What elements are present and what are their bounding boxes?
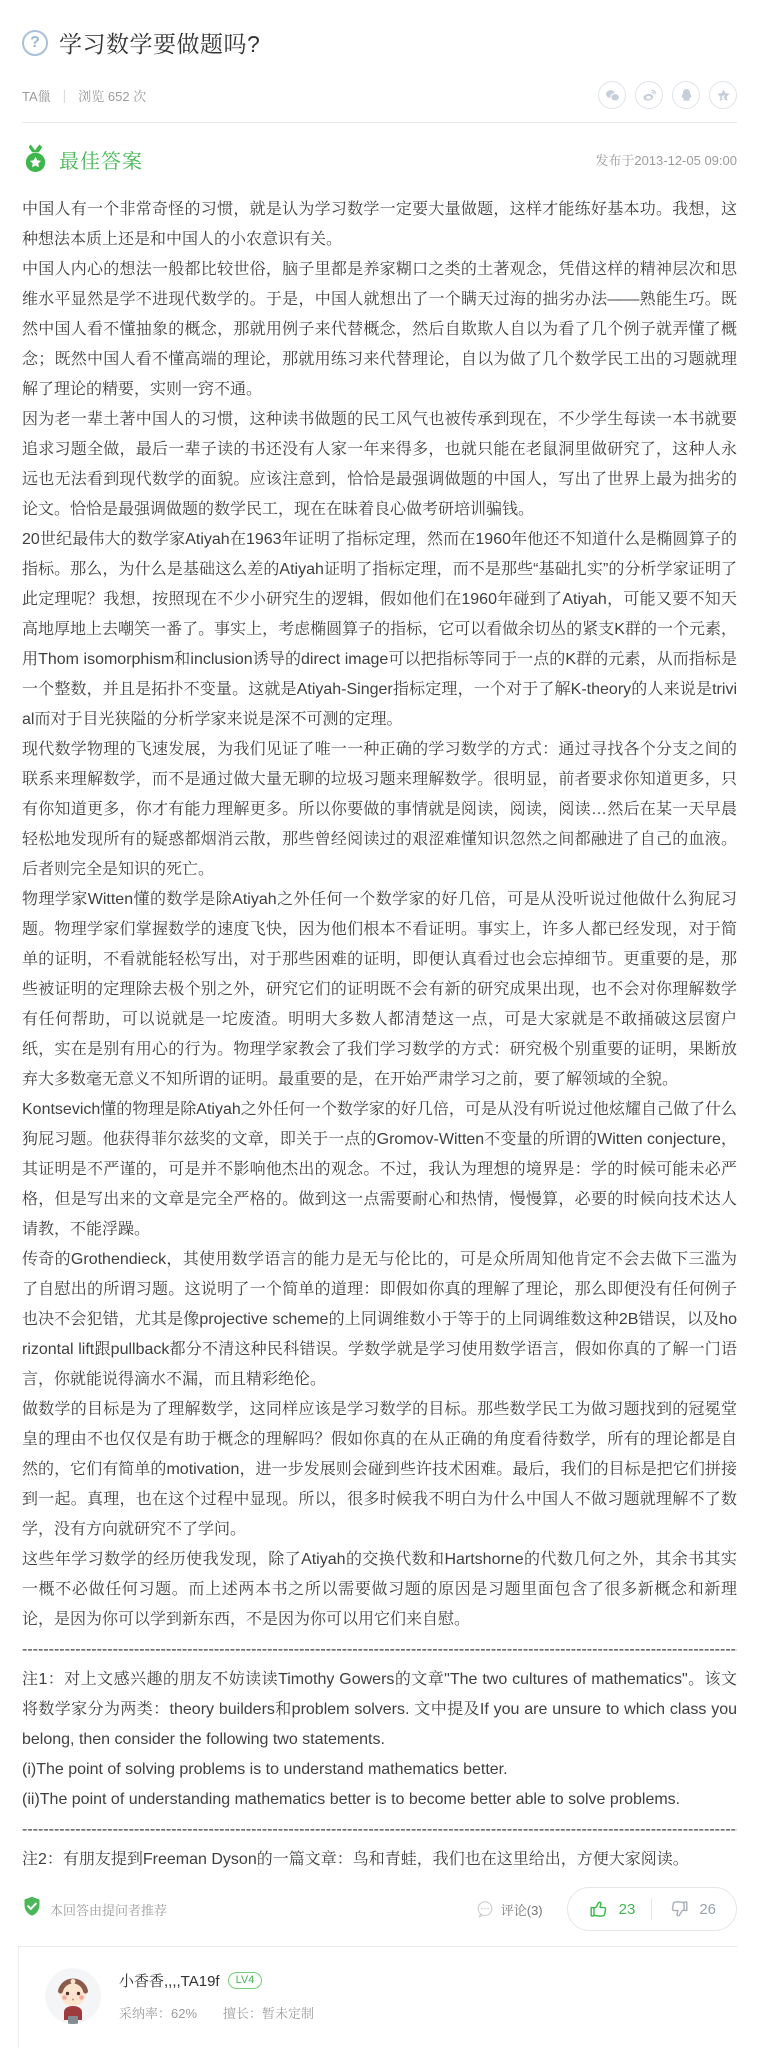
thumb-down-icon: [668, 1898, 690, 1920]
separator-line: ----------------------------------------…: [22, 1815, 737, 1845]
thumb-up-icon: [588, 1898, 610, 1920]
weibo-icon[interactable]: [635, 81, 663, 109]
asker-name[interactable]: TA儠: [22, 86, 51, 105]
footer-actions: 评论(3) 23 26: [476, 1887, 737, 1931]
answer-footer: 本回答由提问者推荐 评论(3) 23 26: [22, 1887, 737, 1931]
recommend-group: 本回答由提问者推荐: [22, 1896, 167, 1922]
vote-pill: 23 26: [567, 1887, 737, 1931]
level-badge: LV4: [228, 1972, 263, 1989]
author-avatar[interactable]: [45, 1968, 101, 2024]
best-answer-medal-icon: [22, 144, 49, 174]
publish-time: 发布于2013-12-05 09:00: [595, 150, 737, 169]
recommend-text: 本回答由提问者推荐: [50, 1900, 167, 1919]
expertise: 擅长：暂未定制: [223, 2003, 314, 2022]
accept-rate: 采纳率：62%: [119, 2003, 197, 2022]
question-mark-icon: ?: [22, 30, 48, 56]
author-info: 小香香,,,,TA19f LV4 采纳率：62% 擅长：暂未定制: [119, 1970, 314, 2022]
comment-count: 评论(3): [501, 1900, 543, 1919]
answer-paragraph: 中国人内心的想法一般都比较世俗，脑子里都是养家糊口之类的土著观念，凭借这样的精神…: [22, 255, 737, 405]
qzone-icon[interactable]: [709, 81, 737, 109]
answer-paragraph: 传奇的Grothendieck，其使用数学语言的能力是无与伦比的，可是众所周知他…: [22, 1245, 737, 1395]
separator-line: ----------------------------------------…: [22, 1635, 737, 1665]
like-button[interactable]: 23: [588, 1898, 636, 1920]
dislike-button[interactable]: 26: [668, 1898, 716, 1920]
comment-button[interactable]: 评论(3): [476, 1900, 543, 1919]
header-divider: [22, 122, 737, 123]
answer-paragraph: 做数学的目标是为了理解数学，这同样应该是学习数学的目标。那些数学民工为做习题找到…: [22, 1395, 737, 1545]
author-card: 小香香,,,,TA19f LV4 采纳率：62% 擅长：暂未定制: [18, 1946, 737, 2048]
meta-divider: |: [63, 87, 67, 103]
best-answer-header: 最佳答案 发布于2013-12-05 09:00: [22, 144, 737, 174]
avatar-image: [45, 1968, 101, 2024]
question-meta: TA儠 | 浏览 652 次: [22, 86, 146, 105]
shield-check-icon: [22, 1896, 42, 1922]
answer-paragraph: 注2：有朋友提到Freeman Dyson的一篇文章：鸟和青蛙，我们也在这里给出…: [22, 1845, 737, 1875]
question-title: 学习数学要做题吗?: [59, 26, 260, 59]
answer-paragraph: 中国人有一个非常奇怪的习惯，就是认为学习数学一定要大量做题，这样才能练好基本功。…: [22, 195, 737, 255]
comment-bubble-icon: [476, 1900, 494, 1918]
question-header: ? 学习数学要做题吗?: [22, 0, 737, 59]
answer-body: 中国人有一个非常奇怪的习惯，就是认为学习数学一定要大量做题，这样才能练好基本功。…: [22, 195, 737, 1875]
answer-paragraph: 这些年学习数学的经历使我发现，除了Atiyah的交换代数和Hartshorne的…: [22, 1545, 737, 1635]
answer-paragraph: Kontsevich懂的物理是除Atiyah之外任何一个数学家的好几倍，可是从没…: [22, 1095, 737, 1245]
answer-paragraph: 注1：对上文感兴趣的朋友不妨读读Timothy Gowers的文章"The tw…: [22, 1665, 737, 1755]
answer-paragraph: (i)The point of solving problems is to u…: [22, 1755, 737, 1785]
answer-paragraph: 20世纪最伟大的数学家Atiyah在1963年证明了指标定理，然而在1960年他…: [22, 525, 737, 735]
answer-paragraph: (ii)The point of understanding mathemati…: [22, 1785, 737, 1815]
wechat-icon[interactable]: [598, 81, 626, 109]
answer-paragraph: 现代数学物理的飞速发展，为我们见证了唯一一种正确的学习数学的方式：通过寻找各个分…: [22, 735, 737, 885]
view-count: 浏览 652 次: [78, 86, 146, 105]
answer-paragraph: 物理学家Witten懂的数学是除Atiyah之外任何一个数学家的好几倍，可是从没…: [22, 885, 737, 1095]
best-answer-label: 最佳答案: [59, 145, 143, 174]
share-buttons: [598, 81, 737, 109]
qq-icon[interactable]: [672, 81, 700, 109]
dislike-count: 26: [699, 1901, 716, 1918]
qa-page: ? 学习数学要做题吗? TA儠 | 浏览 652 次: [0, 0, 759, 2048]
like-count: 23: [619, 1901, 636, 1918]
pill-divider: [651, 1898, 652, 1920]
author-name[interactable]: 小香香,,,,TA19f: [119, 1970, 220, 1991]
answer-paragraph: 因为老一辈土著中国人的习惯，这种读书做题的民工风气也被传承到现在，不少学生每读一…: [22, 405, 737, 525]
question-meta-row: TA儠 | 浏览 652 次: [22, 81, 737, 109]
